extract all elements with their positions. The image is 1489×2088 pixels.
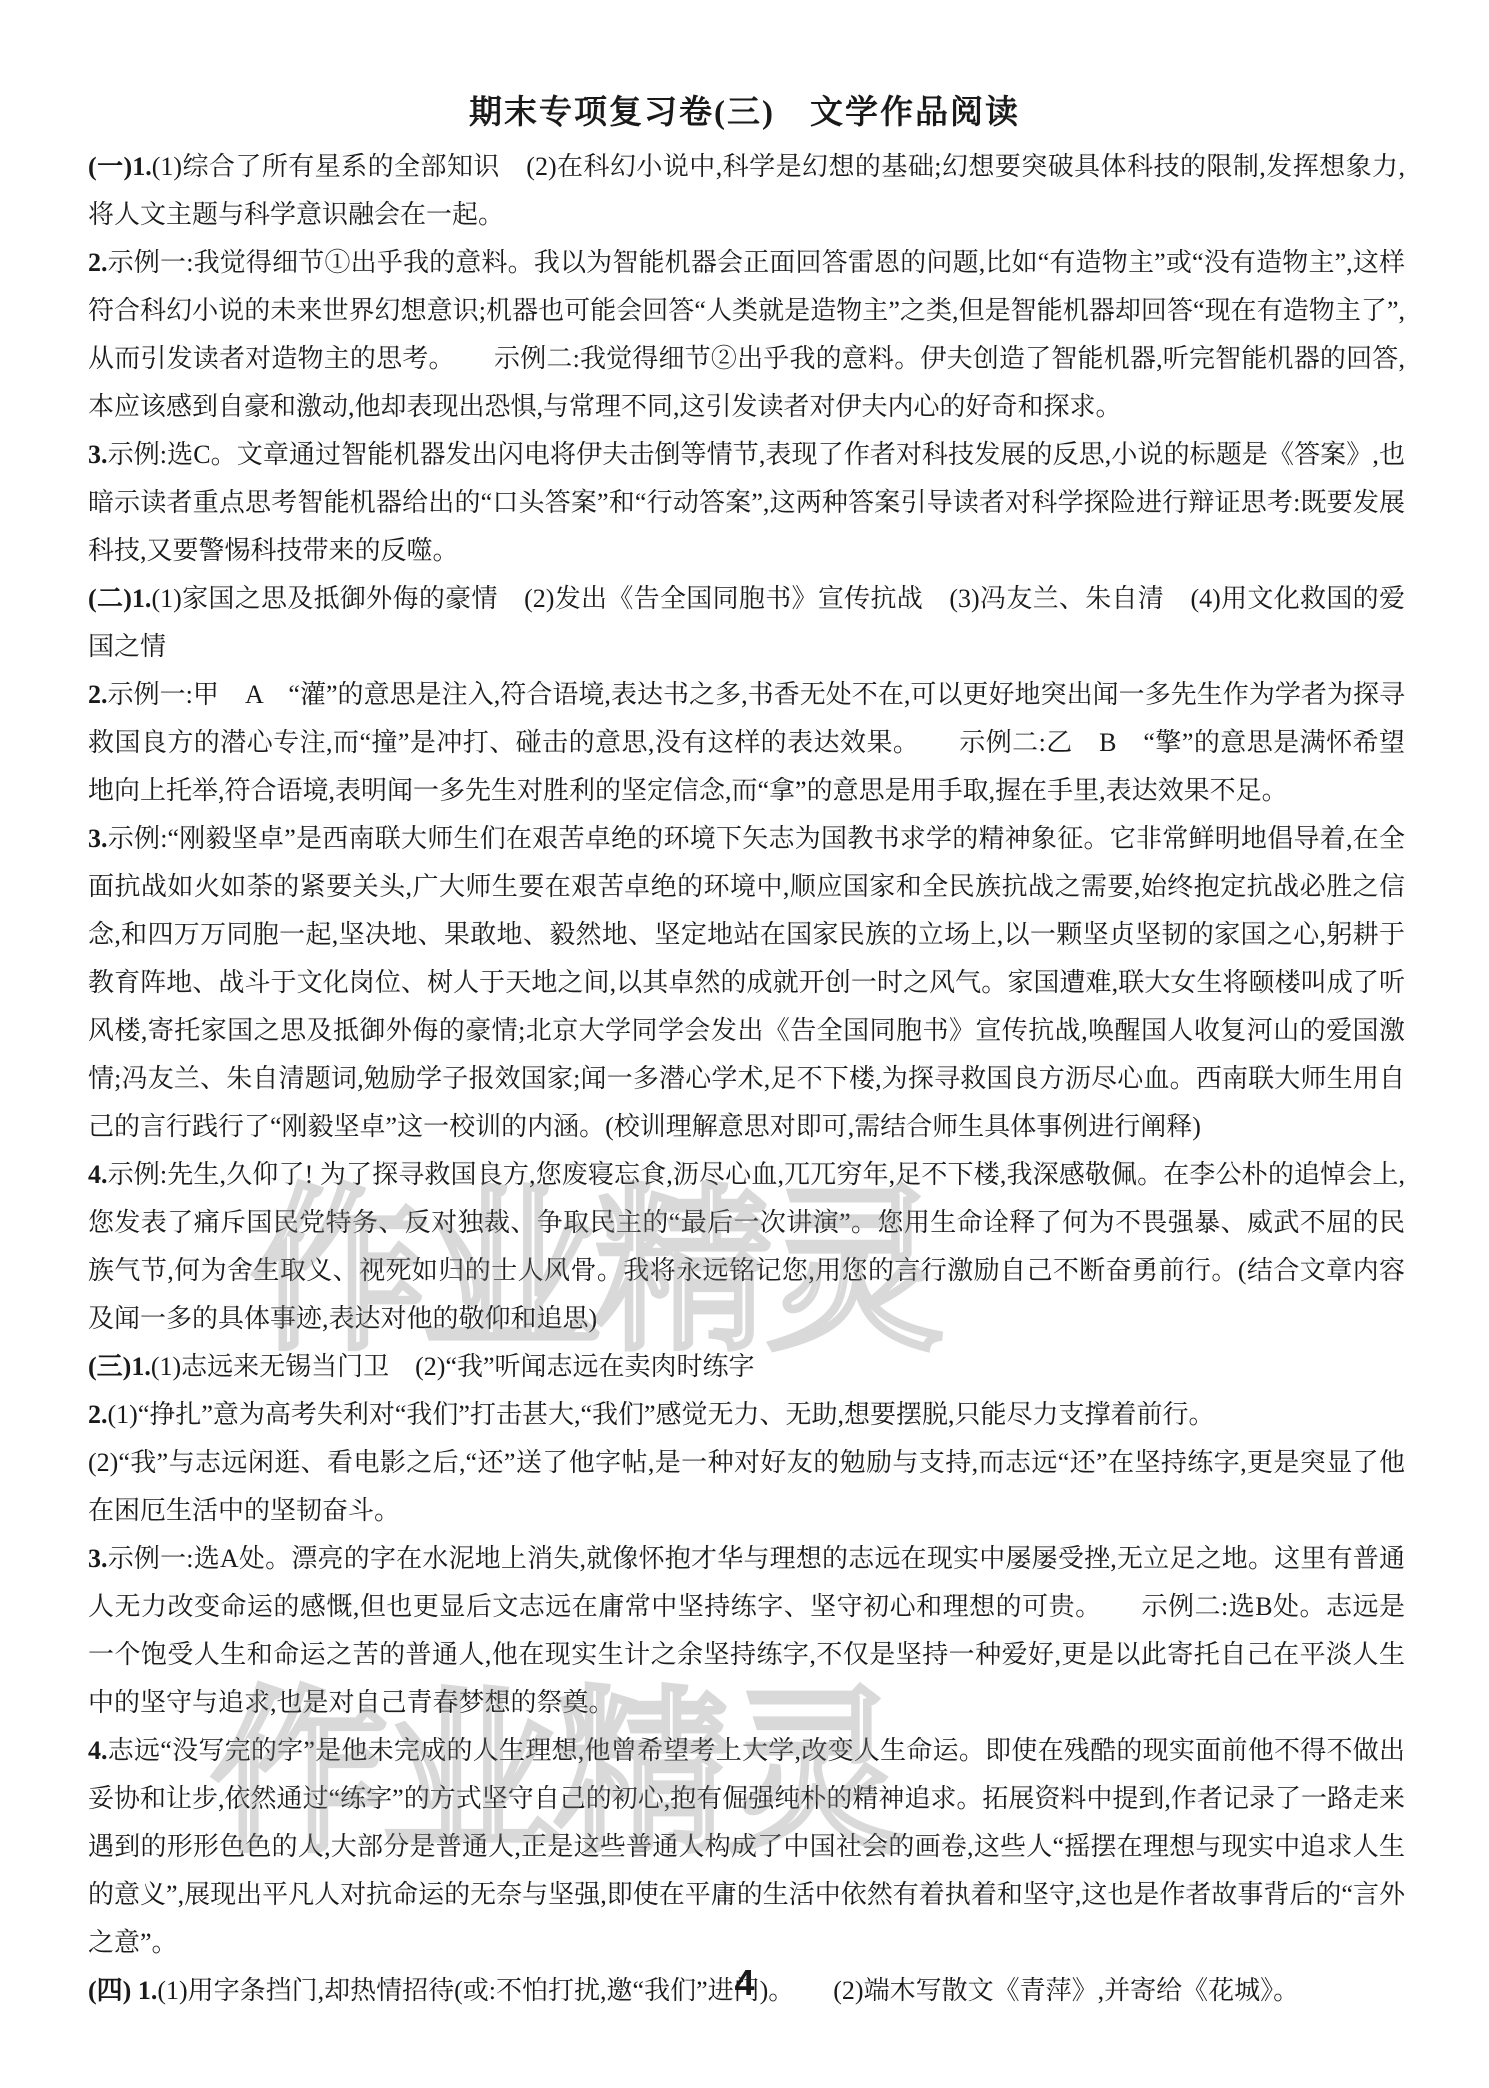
- answer-text: 示例:“刚毅坚卓”是西南联大师生们在艰苦卓绝的环境下矢志为国教书求学的精神象征。…: [88, 824, 1405, 1141]
- answer-text: (1)综合了所有星系的全部知识 (2)在科幻小说中,科学是幻想的基础;幻想要突破…: [88, 152, 1405, 229]
- answer-text: 志远“没写完的字”是他未完成的人生理想,他曾希望考上大学,改变人生命运。即使在残…: [88, 1736, 1405, 1957]
- answer-number: (三)1.: [88, 1352, 151, 1381]
- answer-paragraph: 2.示例一:甲 A “灌”的意思是注入,符合语境,表达书之多,书香无处不在,可以…: [88, 671, 1405, 815]
- answer-sheet-page: 期末专项复习卷(三) 文学作品阅读 (一)1.(1)综合了所有星系的全部知识 (…: [0, 0, 1489, 2088]
- answer-number: 4.: [88, 1160, 108, 1189]
- answer-paragraph: 2.示例一:我觉得细节①出乎我的意料。我以为智能机器会正面回答雷恩的问题,比如“…: [88, 239, 1405, 431]
- answer-content: (一)1.(1)综合了所有星系的全部知识 (2)在科幻小说中,科学是幻想的基础;…: [0, 143, 1489, 2015]
- answer-number: 2.: [88, 1400, 108, 1429]
- answer-number: (一)1.: [88, 152, 152, 181]
- answer-text: (1)志远来无锡当门卫 (2)“我”听闻志远在卖肉时练字: [151, 1352, 755, 1381]
- answer-number: 3.: [88, 440, 108, 469]
- answer-number: 2.: [88, 680, 108, 709]
- answer-text: (1)家国之思及抵御外侮的豪情 (2)发出《告全国同胞书》宣传抗战 (3)冯友兰…: [88, 584, 1405, 661]
- answer-text: 示例一:选A处。漂亮的字在水泥地上消失,就像怀抱才华与理想的志远在现实中屡屡受挫…: [88, 1544, 1405, 1717]
- answer-paragraph: (三)1.(1)志远来无锡当门卫 (2)“我”听闻志远在卖肉时练字: [88, 1343, 1405, 1391]
- answer-text: 示例一:甲 A “灌”的意思是注入,符合语境,表达书之多,书香无处不在,可以更好…: [88, 680, 1405, 805]
- answer-number: 4.: [88, 1736, 108, 1765]
- answer-number: 2.: [88, 248, 108, 277]
- answer-text: 示例:先生,久仰了! 为了探寻救国良方,您废寝忘食,沥尽心血,兀兀穷年,足不下楼…: [88, 1160, 1405, 1333]
- answer-paragraph: 3.示例:“刚毅坚卓”是西南联大师生们在艰苦卓绝的环境下矢志为国教书求学的精神象…: [88, 815, 1405, 1151]
- answer-number: 3.: [88, 1544, 108, 1573]
- answer-text: (1)“挣扎”意为高考失利对“我们”打击甚大,“我们”感觉无力、无助,想要摆脱,…: [108, 1400, 1215, 1429]
- answer-text: 示例:选C。文章通过智能机器发出闪电将伊夫击倒等情节,表现了作者对科技发展的反思…: [88, 440, 1405, 565]
- page-title: 期末专项复习卷(三) 文学作品阅读: [0, 86, 1489, 133]
- answer-paragraph: (一)1.(1)综合了所有星系的全部知识 (2)在科幻小说中,科学是幻想的基础;…: [88, 143, 1405, 239]
- answer-text: 示例一:我觉得细节①出乎我的意料。我以为智能机器会正面回答雷恩的问题,比如“有造…: [88, 248, 1405, 421]
- answer-paragraph: (二)1.(1)家国之思及抵御外侮的豪情 (2)发出《告全国同胞书》宣传抗战 (…: [88, 575, 1405, 671]
- answer-number: 3.: [88, 824, 108, 853]
- answer-paragraph: 3.示例一:选A处。漂亮的字在水泥地上消失,就像怀抱才华与理想的志远在现实中屡屡…: [88, 1535, 1405, 1727]
- answer-paragraph: 4.志远“没写完的字”是他未完成的人生理想,他曾希望考上大学,改变人生命运。即使…: [88, 1727, 1405, 1967]
- answer-paragraph: 2.(1)“挣扎”意为高考失利对“我们”打击甚大,“我们”感觉无力、无助,想要摆…: [88, 1391, 1405, 1439]
- answer-number: (二)1.: [88, 584, 151, 613]
- answer-paragraph: 3.示例:选C。文章通过智能机器发出闪电将伊夫击倒等情节,表现了作者对科技发展的…: [88, 431, 1405, 575]
- answer-paragraph: (2)“我”与志远闲逛、看电影之后,“还”送了他字帖,是一种对好友的勉励与支持,…: [88, 1439, 1405, 1535]
- page-number: 4: [0, 1962, 1489, 2004]
- answer-text: (2)“我”与志远闲逛、看电影之后,“还”送了他字帖,是一种对好友的勉励与支持,…: [88, 1448, 1405, 1525]
- answer-paragraph: 4.示例:先生,久仰了! 为了探寻救国良方,您废寝忘食,沥尽心血,兀兀穷年,足不…: [88, 1151, 1405, 1343]
